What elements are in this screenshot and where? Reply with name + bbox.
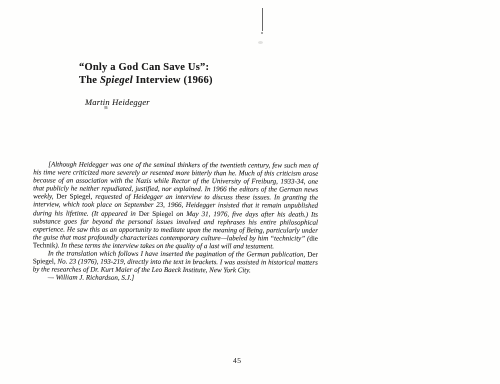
author-name: Martin Heidegger bbox=[85, 97, 150, 107]
translator-introduction: [Although Heidegger was one of the semin… bbox=[33, 160, 319, 283]
scan-artifact-line bbox=[262, 8, 263, 31]
scan-artifact-smudge bbox=[258, 41, 263, 44]
chapter-title: “Only a God Can Save Us”: The Spiegel In… bbox=[79, 62, 213, 87]
text-segment: The bbox=[79, 75, 100, 86]
text-segment: Spiegel bbox=[100, 75, 133, 86]
intro-paragraph-1: [Although Heidegger was one of the semin… bbox=[33, 160, 318, 250]
text-segment: , No. 23 (1976), 193-219, directly into … bbox=[33, 258, 318, 275]
scanned-book-page: “Only a God Can Save Us”: The Spiegel In… bbox=[0, 0, 500, 384]
text-segment: Der Spiegel bbox=[56, 193, 90, 201]
chapter-title-line2: The Spiegel Interview (1966) bbox=[79, 75, 213, 88]
text-segment: Interview (1966) bbox=[133, 75, 213, 86]
scan-artifact-speck bbox=[261, 32, 263, 34]
page-number: 45 bbox=[233, 356, 242, 365]
scan-mark-under-author: ≡ bbox=[104, 105, 109, 112]
translator-signature: — William J. Richardson, S.J.] bbox=[33, 274, 318, 283]
chapter-title-line1: “Only a God Can Save Us”: bbox=[79, 62, 213, 75]
intro-paragraph-2: In the translation which follows I have … bbox=[33, 249, 318, 275]
text-segment: Der Spiegel bbox=[139, 209, 174, 217]
